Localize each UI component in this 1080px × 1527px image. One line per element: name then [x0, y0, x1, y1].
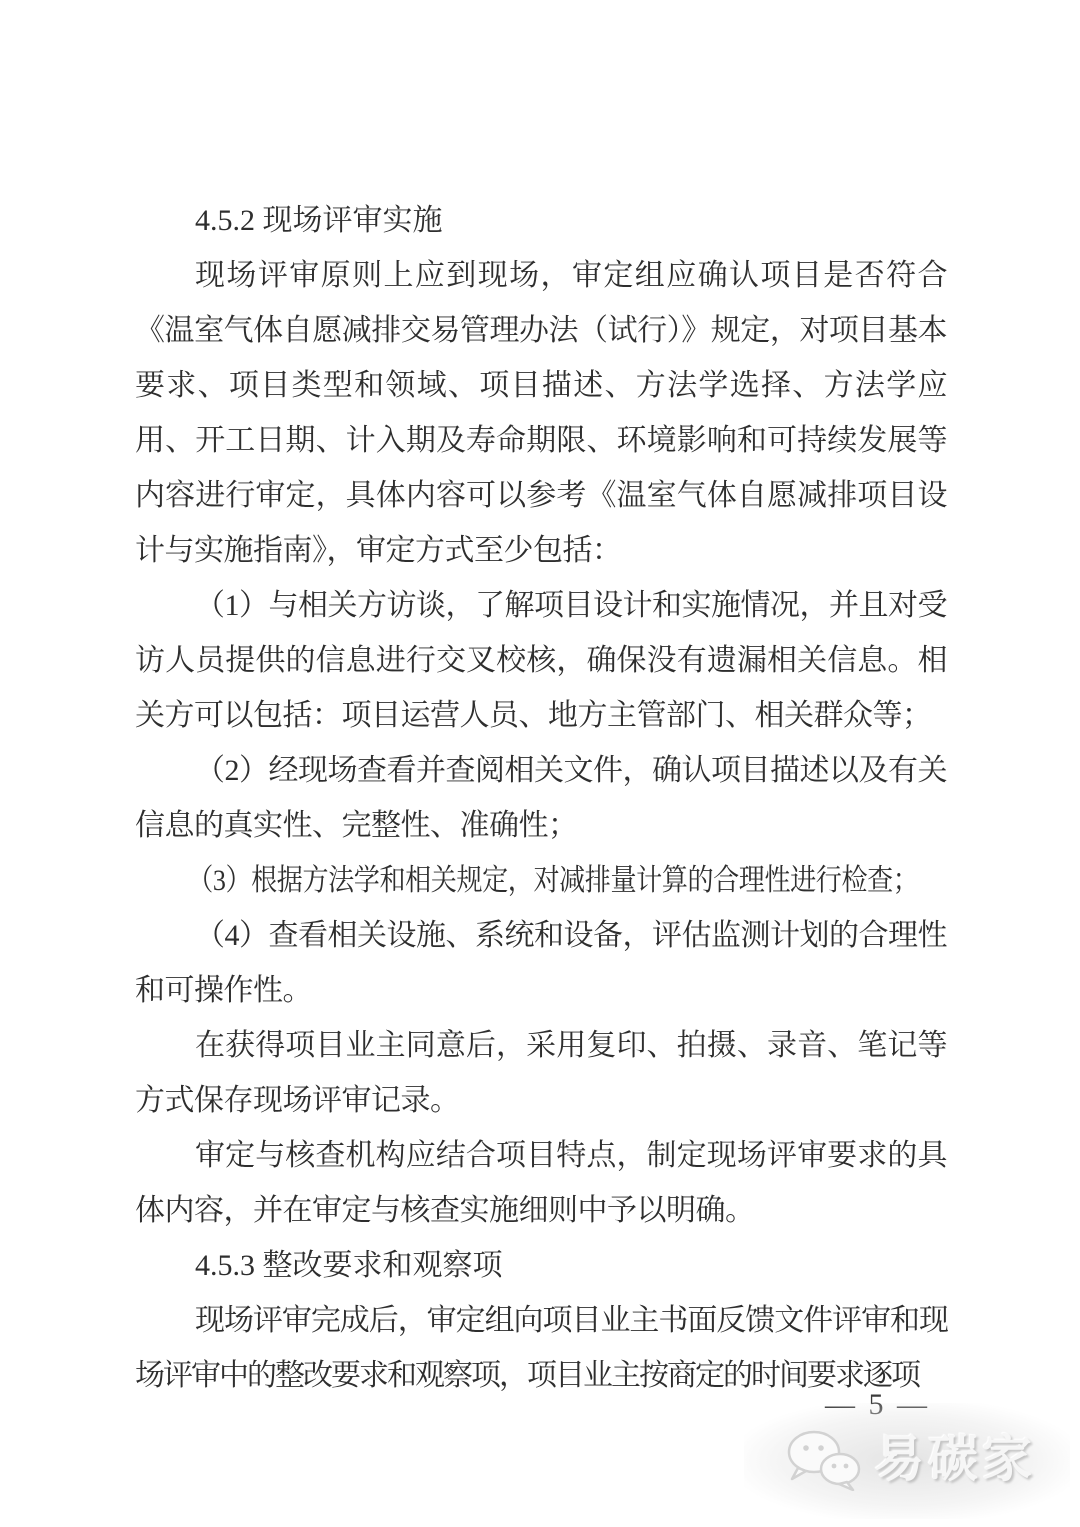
section-heading-452: 4.5.2 现场评审实施: [135, 193, 947, 248]
document-paragraph: 审定与核查机构应结合项目特点，制定现场评审要求的具体内容，并在审定与核查实施细则…: [135, 1128, 947, 1238]
document-page: 4.5.2 现场评审实施 现场评审原则上应到现场，审定组应确认项目是否符合《温室…: [0, 0, 1080, 1527]
document-body: 4.5.2 现场评审实施 现场评审原则上应到现场，审定组应确认项目是否符合《温室…: [135, 193, 947, 1403]
document-paragraph: 现场评审原则上应到现场，审定组应确认项目是否符合《温室气体自愿减排交易管理办法（…: [135, 248, 947, 578]
watermark: 易碳家: [744, 1403, 1070, 1519]
document-paragraph: 现场评审完成后，审定组向项目业主书面反馈文件评审和现场评审中的整改要求和观察项，…: [135, 1293, 947, 1403]
document-paragraph: （2）经现场查看并查阅相关文件，确认项目描述以及有关信息的真实性、完整性、准确性…: [135, 743, 947, 853]
document-paragraph: 在获得项目业主同意后，采用复印、拍摄、录音、笔记等方式保存现场评审记录。: [135, 1018, 947, 1128]
section-heading-453: 4.5.3 整改要求和观察项: [135, 1238, 947, 1293]
wechat-icon: [784, 1427, 862, 1491]
watermark-label: 易碳家: [874, 1434, 1036, 1484]
document-paragraph: （3）根据方法学和相关规定，对减排量计算的合理性进行检查；: [135, 853, 841, 908]
document-paragraph: （1）与相关方访谈，了解项目设计和实施情况，并且对受访人员提供的信息进行交叉校核…: [135, 578, 947, 743]
document-paragraph: （4）查看相关设施、系统和设备，评估监测计划的合理性和可操作性。: [135, 908, 947, 1018]
